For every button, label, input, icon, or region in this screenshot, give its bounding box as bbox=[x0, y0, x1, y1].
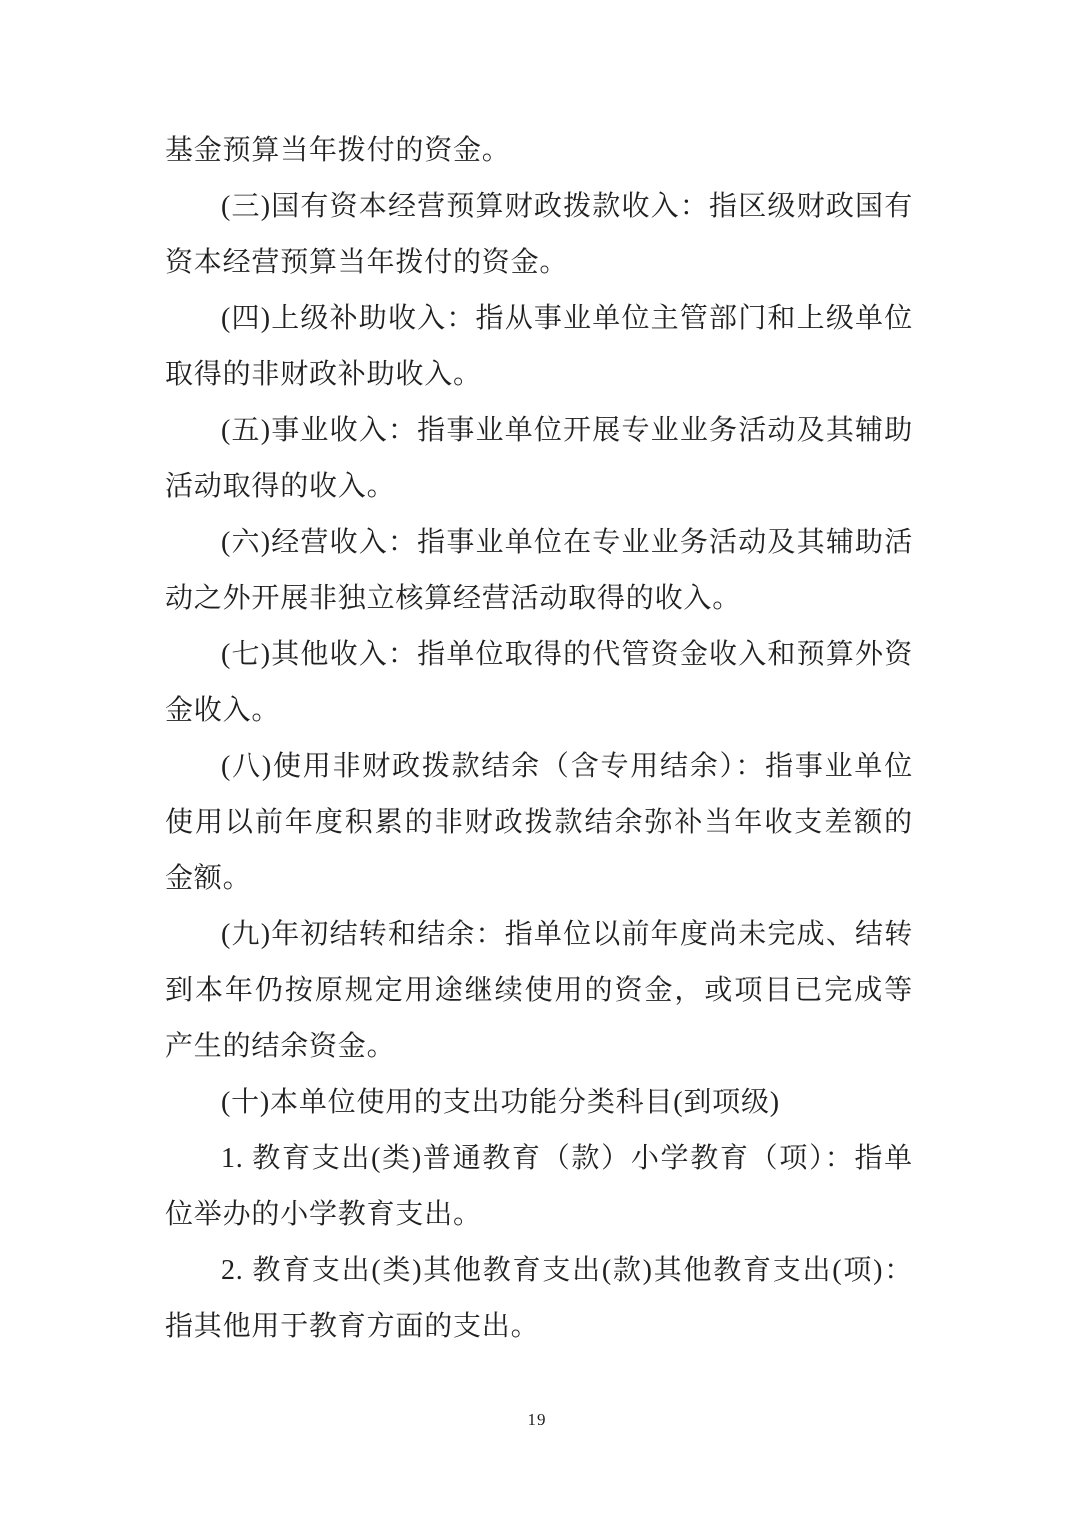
document-paragraph: (七)其他收入：指单位取得的代管资金收入和预算外资金收入。 bbox=[165, 627, 913, 739]
page-number: 19 bbox=[0, 1408, 1074, 1432]
document-paragraph: (八)使用非财政拨款结余（含专用结余）：指事业单位使用以前年度积累的非财政拨款结… bbox=[165, 739, 913, 907]
document-paragraph: (四)上级补助收入：指从事业单位主管部门和上级单位取得的非财政补助收入。 bbox=[165, 291, 913, 403]
document-paragraph: 2. 教育支出(类)其他教育支出(款)其他教育支出(项)：指其他用于教育方面的支… bbox=[165, 1243, 913, 1355]
document-body: 基金预算当年拨付的资金。 (三)国有资本经营预算财政拨款收入：指区级财政国有资本… bbox=[165, 123, 913, 1355]
document-paragraph: (三)国有资本经营预算财政拨款收入：指区级财政国有资本经营预算当年拨付的资金。 bbox=[165, 179, 913, 291]
document-paragraph: 1. 教育支出(类)普通教育（款）小学教育（项）：指单位举办的小学教育支出。 bbox=[165, 1131, 913, 1243]
document-paragraph: 基金预算当年拨付的资金。 bbox=[165, 123, 913, 179]
document-paragraph: (五)事业收入：指事业单位开展专业业务活动及其辅助活动取得的收入。 bbox=[165, 403, 913, 515]
document-paragraph: (九)年初结转和结余：指单位以前年度尚未完成、结转到本年仍按原规定用途继续使用的… bbox=[165, 907, 913, 1075]
document-paragraph: (十)本单位使用的支出功能分类科目(到项级) bbox=[165, 1075, 913, 1131]
document-paragraph: (六)经营收入：指事业单位在专业业务活动及其辅助活动之外开展非独立核算经营活动取… bbox=[165, 515, 913, 627]
document-page: 基金预算当年拨付的资金。 (三)国有资本经营预算财政拨款收入：指区级财政国有资本… bbox=[0, 0, 1074, 1520]
